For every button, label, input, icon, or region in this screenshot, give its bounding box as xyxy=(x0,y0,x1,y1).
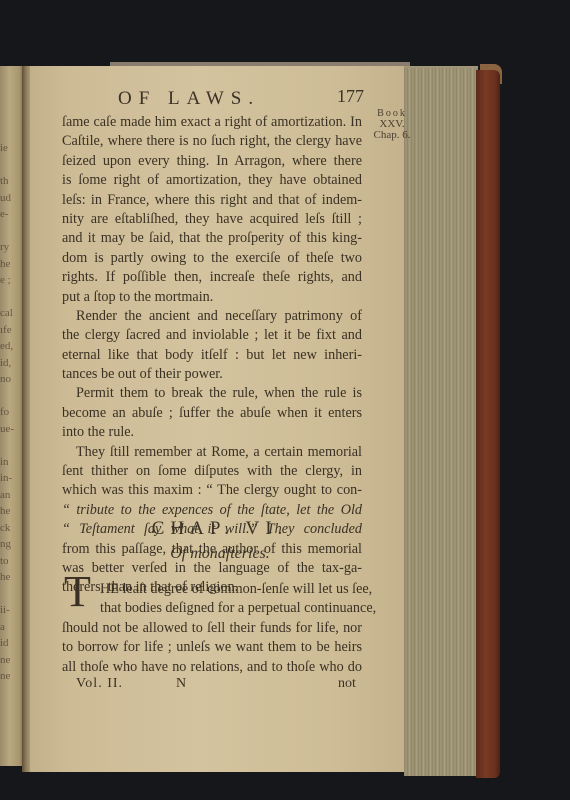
chapter-text-line: that bodies deſigned for a perpetual con… xyxy=(62,599,362,618)
bleed-line xyxy=(0,157,22,174)
bleed-line: he xyxy=(0,569,22,586)
bleed-line: a xyxy=(0,619,22,636)
text-line: ſent thither on ſome diſputes with the c… xyxy=(62,462,362,481)
bleed-line: ed, xyxy=(0,338,22,355)
catchword: not xyxy=(338,676,356,692)
bleed-line: ud xyxy=(0,190,22,207)
chapter-text-line: to borrow for life ; unleſs we want them… xyxy=(62,638,362,657)
text-line: nity are eſtabliſhed, they have acquired… xyxy=(62,210,362,229)
bleed-line xyxy=(0,223,22,240)
leather-cover xyxy=(476,70,500,778)
bleed-line: in xyxy=(0,454,22,471)
signature-mark: N xyxy=(176,676,186,692)
text-line: Caſtile, where there is no ſuch right, t… xyxy=(62,132,362,151)
bleed-line: ne xyxy=(0,668,22,685)
bleed-line: e ; xyxy=(0,272,22,289)
bleed-line: he xyxy=(0,256,22,273)
bleed-line: an xyxy=(0,487,22,504)
page-fore-edge xyxy=(404,68,478,776)
bleed-line: id xyxy=(0,635,22,652)
bleed-line: cal xyxy=(0,305,22,322)
page-number: 177 xyxy=(337,86,364,107)
chapter-text-line: HE leaſt degree of common-ſenſe will let… xyxy=(62,580,362,599)
text-line: rights. If poſſible then, increaſe theſe… xyxy=(62,268,362,287)
running-head: OF LAWS. xyxy=(118,88,260,110)
bleed-line: e- xyxy=(0,206,22,223)
text-line: become an abuſe ; ſuffer the abuſe when … xyxy=(62,404,362,423)
bleed-line xyxy=(0,289,22,306)
margin-note-chapter: Chap. 6. xyxy=(372,130,412,141)
text-line: Permit them to break the rule, when the … xyxy=(62,384,362,403)
text-line: leſs: in France, where this right and th… xyxy=(62,191,362,210)
text-line: ſame caſe made him exact a right of amor… xyxy=(62,113,362,132)
chapter-text-line: ſhould not be allowed to ſell their fund… xyxy=(62,619,362,638)
bleed-line: no xyxy=(0,371,22,388)
text-line: tances be out of their power. xyxy=(62,365,362,384)
chapter-subtitle: Of monaſteries. xyxy=(0,545,440,563)
chapter-text-line: all thoſe who have no relations, and to … xyxy=(62,658,362,677)
chapter-title: CHAP. VI. xyxy=(0,518,440,540)
margin-note: Book XXV. Chap. 6. xyxy=(372,108,412,141)
text-line: into the rule. xyxy=(62,423,362,442)
bleed-line xyxy=(0,437,22,454)
text-line: Render the ancient and neceſſary patrimo… xyxy=(62,307,362,326)
chapter-text: HE leaſt degree of common-ſenſe will let… xyxy=(62,580,362,677)
left-page-bleed-text: iethude-ryhee ;calıfeed,id,nofoue-inin-a… xyxy=(0,140,22,685)
bleed-line: ne xyxy=(0,652,22,669)
bleed-line: fo xyxy=(0,404,22,421)
bleed-line: ii- xyxy=(0,602,22,619)
bleed-line: ue- xyxy=(0,421,22,438)
bleed-line: th xyxy=(0,173,22,190)
text-line: which was this maxim : “ The clergy ough… xyxy=(62,481,362,500)
bleed-line: ry xyxy=(0,239,22,256)
text-line: put a ſtop to the mortmain. xyxy=(62,288,362,307)
volume-signature: Vol. II. xyxy=(76,676,123,692)
bleed-line xyxy=(0,388,22,405)
bleed-line xyxy=(0,586,22,603)
text-line: dom is partly owing to the exerciſe of t… xyxy=(62,249,362,268)
bleed-line: ie xyxy=(0,140,22,157)
text-line: They ſtill remember at Rome, a certain m… xyxy=(62,443,362,462)
text-line: is ſome right of amortization, they have… xyxy=(62,171,362,190)
text-line: and it may be ſaid, that the proſperity … xyxy=(62,229,362,248)
bleed-line: in- xyxy=(0,470,22,487)
text-line: ſeized upon every thing. In Arragon, whe… xyxy=(62,152,362,171)
bleed-line: ıfe xyxy=(0,322,22,339)
bleed-line: id, xyxy=(0,355,22,372)
text-line: the clergy ſacred and inviolable ; let i… xyxy=(62,326,362,345)
text-line: eternal like that body itſelf : but let … xyxy=(62,346,362,365)
